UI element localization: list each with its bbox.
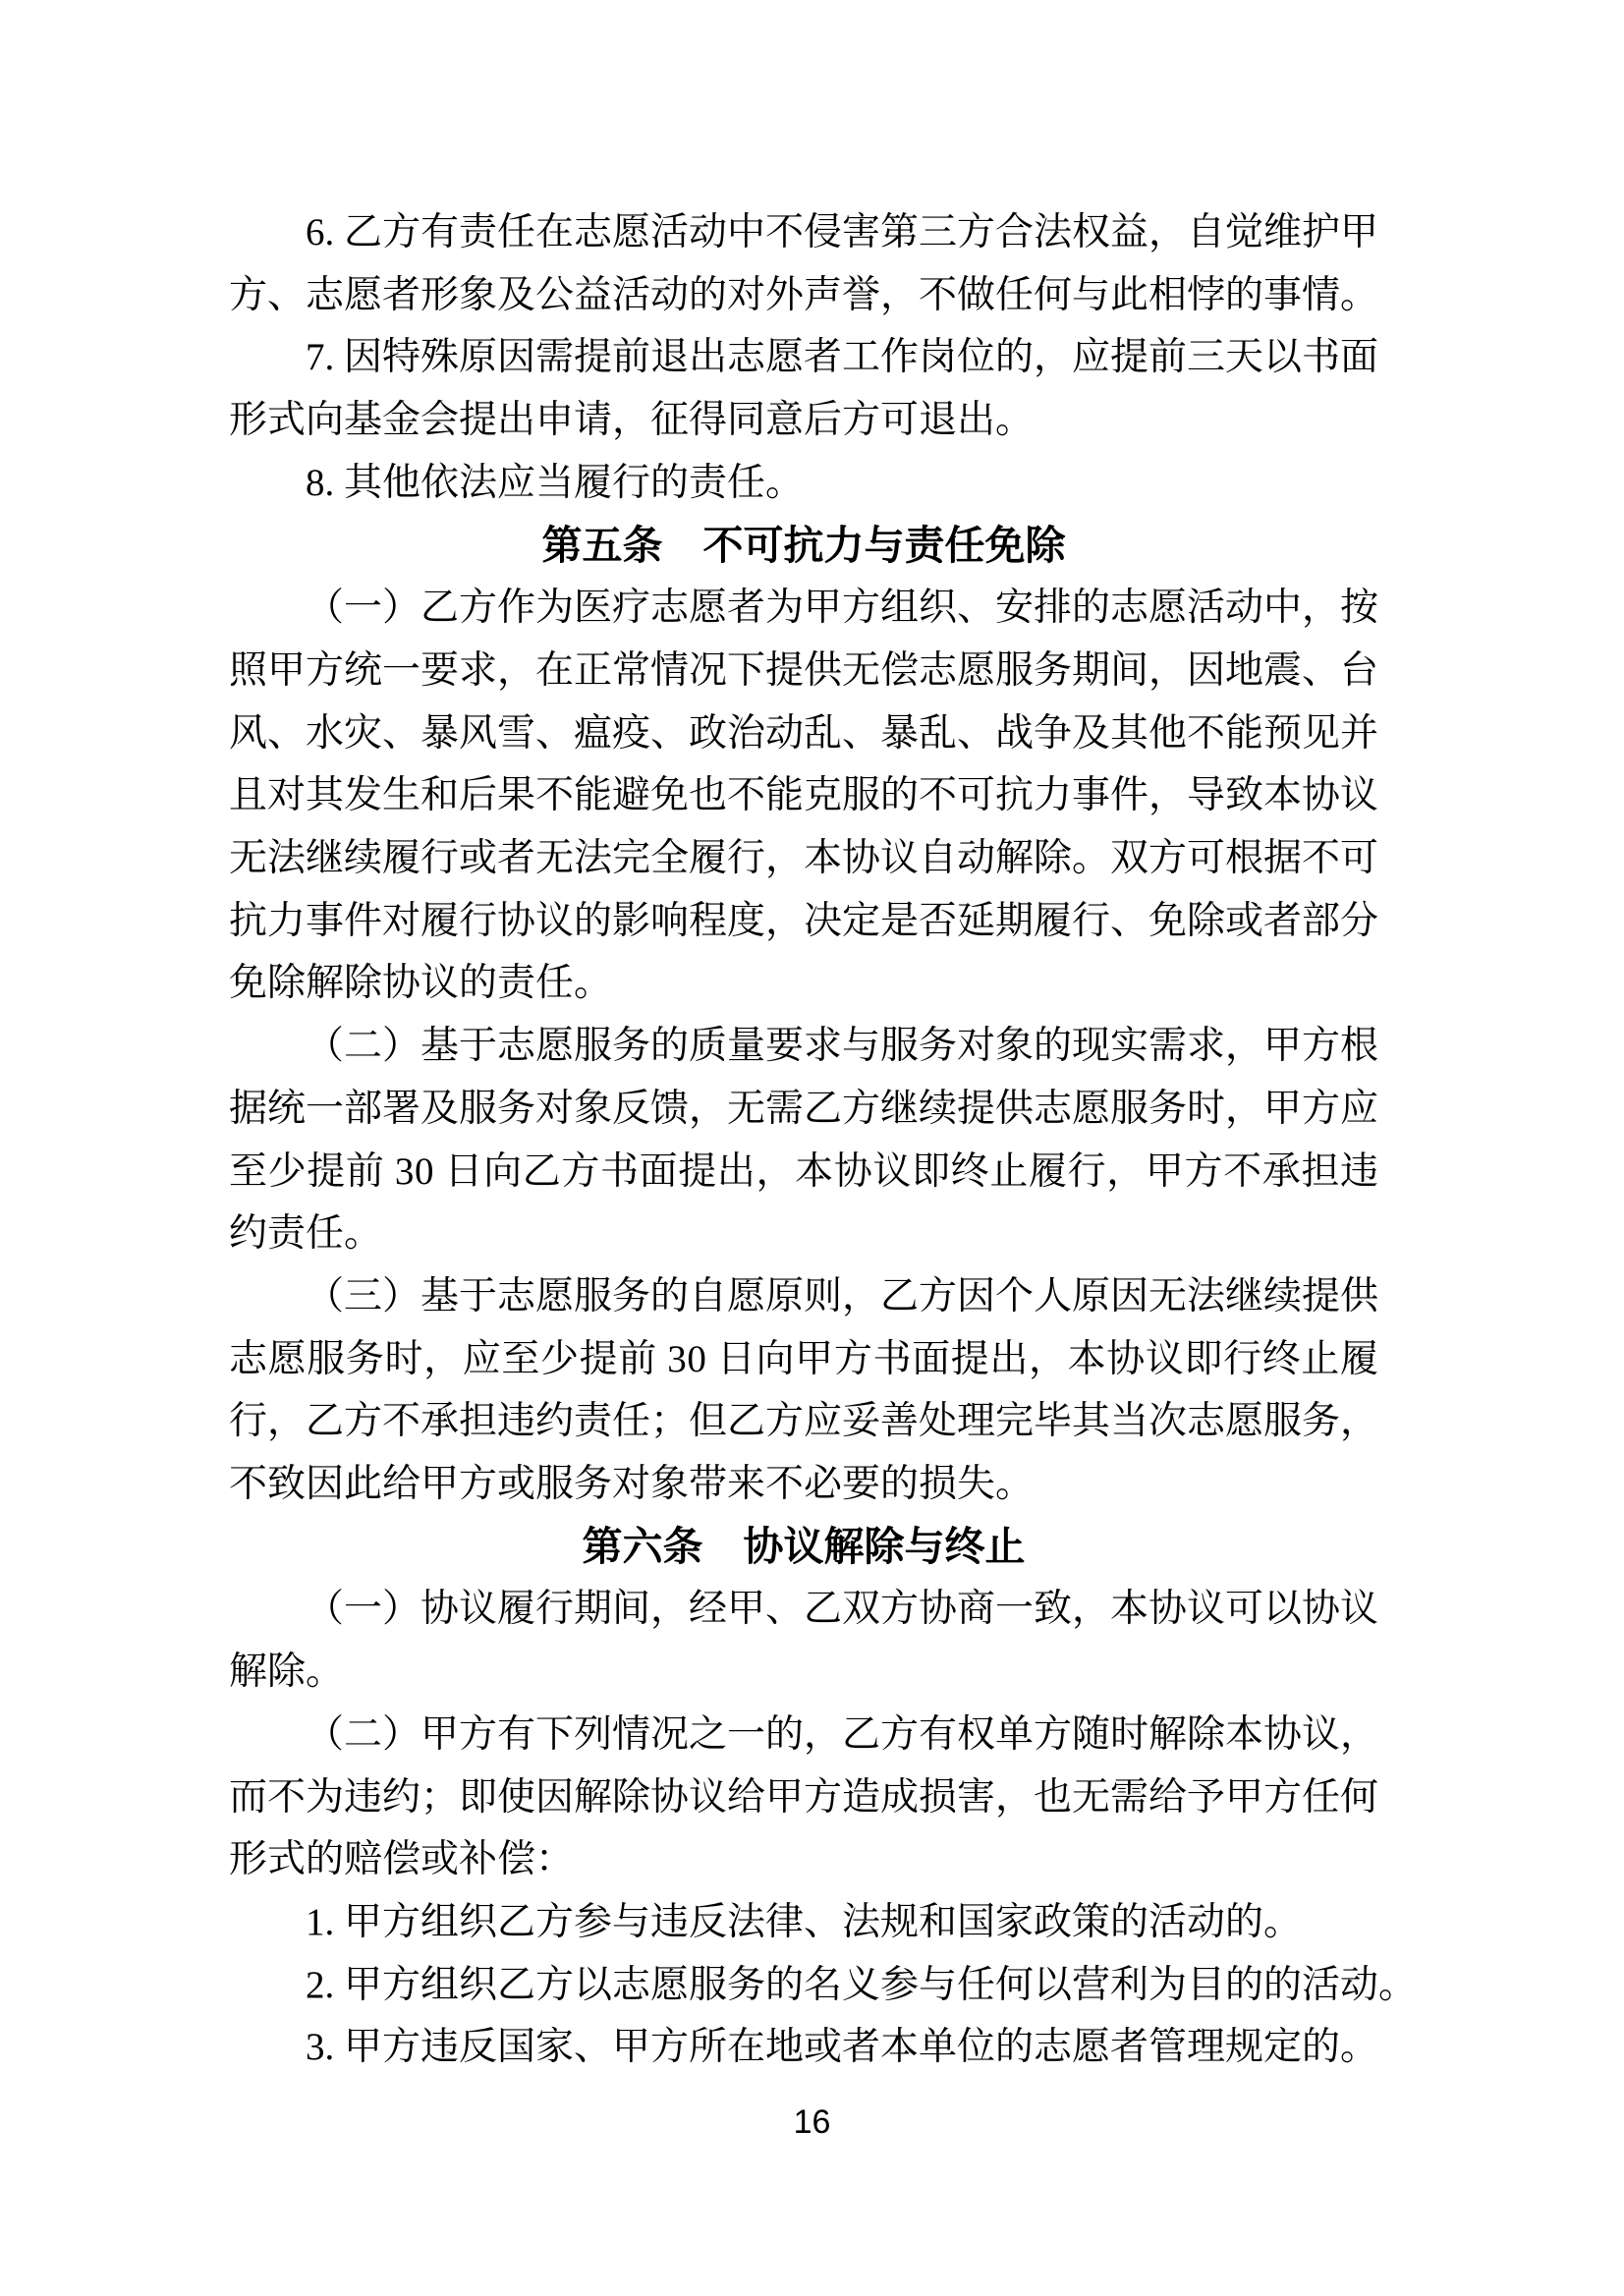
line-text: 至少提前 30 日向乙方书面提出，本协议即终止履行，甲方不承担违 bbox=[229, 1150, 1379, 1193]
line-text: 志愿服务时，应至少提前 30 日向甲方书面提出，本协议即行终止履 bbox=[229, 1338, 1379, 1380]
line-text: 7. 因特殊原因需提前退出志愿者工作岗位的，应提前三天以书面 bbox=[306, 336, 1378, 378]
line-text: 无法继续履行或者无法完全履行，本协议自动解除。双方可根据不可 bbox=[229, 837, 1378, 879]
line-text: 3. 甲方违反国家、甲方所在地或者本单位的志愿者管理规定的。 bbox=[306, 2026, 1378, 2068]
line-text: 第六条 协议解除与终止 bbox=[583, 1524, 1026, 1569]
line-text: 解除。 bbox=[229, 1651, 344, 1693]
text-line: 6. 乙方有责任在志愿活动中不侵害第三方合法权益，自觉维护甲 bbox=[229, 201, 1378, 264]
line-text: 8. 其他依法应当履行的责任。 bbox=[306, 462, 804, 504]
line-text: 约责任。 bbox=[229, 1212, 382, 1255]
text-line: 8. 其他依法应当履行的责任。 bbox=[229, 452, 1378, 515]
line-text: （二）基于志愿服务的质量要求与服务对象的现实需求，甲方根 bbox=[306, 1025, 1378, 1067]
text-line: （二）基于志愿服务的质量要求与服务对象的现实需求，甲方根 bbox=[229, 1015, 1378, 1078]
text-line: 形式向基金会提出申请，征得同意后方可退出。 bbox=[229, 389, 1378, 452]
text-line: 而不为违约；即使因解除协议给甲方造成损害，也无需给予甲方任何 bbox=[229, 1766, 1378, 1829]
text-line: 照甲方统一要求，在正常情况下提供无偿志愿服务期间，因地震、台 bbox=[229, 640, 1378, 702]
page-footer: 16 bbox=[0, 2100, 1624, 2144]
text-line: 据统一部署及服务对象反馈，无需乙方继续提供志愿服务时，甲方应 bbox=[229, 1078, 1378, 1141]
line-text: 1. 甲方组织乙方参与违反法律、法规和国家政策的活动的。 bbox=[306, 1901, 1302, 1943]
text-line: 方、志愿者形象及公益活动的对外声誉，不做任何与此相悖的事情。 bbox=[229, 264, 1378, 327]
section-heading: 第五条 不可抗力与责任免除 bbox=[229, 515, 1378, 578]
line-text: 免除解除协议的责任。 bbox=[229, 962, 612, 1004]
line-text: 第五条 不可抗力与责任免除 bbox=[542, 523, 1066, 568]
text-line: 1. 甲方组织乙方参与违反法律、法规和国家政策的活动的。 bbox=[229, 1891, 1378, 1954]
text-line: 抗力事件对履行协议的影响程度，决定是否延期履行、免除或者部分 bbox=[229, 890, 1378, 953]
line-text: （一）乙方作为医疗志愿者为甲方组织、安排的志愿活动中，按 bbox=[306, 587, 1378, 629]
text-line: （二）甲方有下列情况之一的，乙方有权单方随时解除本协议， bbox=[229, 1704, 1378, 1766]
text-line: 免除解除协议的责任。 bbox=[229, 952, 1378, 1015]
line-text: 照甲方统一要求，在正常情况下提供无偿志愿服务期间，因地震、台 bbox=[229, 649, 1378, 692]
text-line: 志愿服务时，应至少提前 30 日向甲方书面提出，本协议即行终止履 bbox=[229, 1328, 1378, 1391]
line-text: 6. 乙方有责任在志愿活动中不侵害第三方合法权益，自觉维护甲 bbox=[306, 211, 1378, 253]
text-line: 2. 甲方组织乙方以志愿服务的名义参与任何以营利为目的的活动。 bbox=[229, 1954, 1378, 2017]
text-line: 形式的赔偿或补偿： bbox=[229, 1828, 1378, 1891]
line-text: 形式向基金会提出申请，征得同意后方可退出。 bbox=[229, 399, 1034, 441]
text-line: 无法继续履行或者无法完全履行，本协议自动解除。双方可根据不可 bbox=[229, 827, 1378, 890]
section-heading: 第六条 协议解除与终止 bbox=[229, 1516, 1378, 1579]
line-text: 风、水灾、暴风雪、瘟疫、政治动乱、暴乱、战争及其他不能预见并 bbox=[229, 712, 1378, 755]
page-number: 16 bbox=[794, 2103, 831, 2141]
text-line: 不致因此给甲方或服务对象带来不必要的损失。 bbox=[229, 1453, 1378, 1516]
text-line: 3. 甲方违反国家、甲方所在地或者本单位的志愿者管理规定的。 bbox=[229, 2016, 1378, 2079]
line-text: 而不为违约；即使因解除协议给甲方造成损害，也无需给予甲方任何 bbox=[229, 1776, 1378, 1819]
line-text: （三）基于志愿服务的自愿原则，乙方因个人原因无法继续提供 bbox=[306, 1275, 1378, 1317]
line-text: 不致因此给甲方或服务对象带来不必要的损失。 bbox=[229, 1463, 1034, 1505]
document-page: 6. 乙方有责任在志愿活动中不侵害第三方合法权益，自觉维护甲方、志愿者形象及公益… bbox=[0, 0, 1624, 2296]
document-body: 6. 乙方有责任在志愿活动中不侵害第三方合法权益，自觉维护甲方、志愿者形象及公益… bbox=[229, 201, 1378, 2079]
line-text: （二）甲方有下列情况之一的，乙方有权单方随时解除本协议， bbox=[306, 1713, 1378, 1756]
text-line: （一）乙方作为医疗志愿者为甲方组织、安排的志愿活动中，按 bbox=[229, 577, 1378, 640]
line-text: 行，乙方不承担违约责任；但乙方应妥善处理完毕其当次志愿服务， bbox=[229, 1400, 1378, 1442]
text-line: 且对其发生和后果不能避免也不能克服的不可抗力事件，导致本协议 bbox=[229, 764, 1378, 827]
line-text: 抗力事件对履行协议的影响程度，决定是否延期履行、免除或者部分 bbox=[229, 900, 1378, 942]
text-line: 解除。 bbox=[229, 1641, 1378, 1704]
text-line: 行，乙方不承担违约责任；但乙方应妥善处理完毕其当次志愿服务， bbox=[229, 1390, 1378, 1453]
text-line: 至少提前 30 日向乙方书面提出，本协议即终止履行，甲方不承担违 bbox=[229, 1141, 1378, 1204]
text-line: 7. 因特殊原因需提前退出志愿者工作岗位的，应提前三天以书面 bbox=[229, 326, 1378, 389]
text-line: 风、水灾、暴风雪、瘟疫、政治动乱、暴乱、战争及其他不能预见并 bbox=[229, 702, 1378, 765]
line-text: 形式的赔偿或补偿： bbox=[229, 1838, 574, 1880]
line-text: （一）协议履行期间，经甲、乙双方协商一致，本协议可以协议 bbox=[306, 1588, 1378, 1630]
line-text: 且对其发生和后果不能避免也不能克服的不可抗力事件，导致本协议 bbox=[229, 774, 1378, 816]
line-text: 方、志愿者形象及公益活动的对外声誉，不做任何与此相悖的事情。 bbox=[229, 274, 1378, 316]
text-line: （三）基于志愿服务的自愿原则，乙方因个人原因无法继续提供 bbox=[229, 1265, 1378, 1328]
line-text: 2. 甲方组织乙方以志愿服务的名义参与任何以营利为目的的活动。 bbox=[306, 1964, 1417, 2006]
text-line: 约责任。 bbox=[229, 1203, 1378, 1265]
line-text: 据统一部署及服务对象反馈，无需乙方继续提供志愿服务时，甲方应 bbox=[229, 1088, 1378, 1130]
text-line: （一）协议履行期间，经甲、乙双方协商一致，本协议可以协议 bbox=[229, 1578, 1378, 1641]
